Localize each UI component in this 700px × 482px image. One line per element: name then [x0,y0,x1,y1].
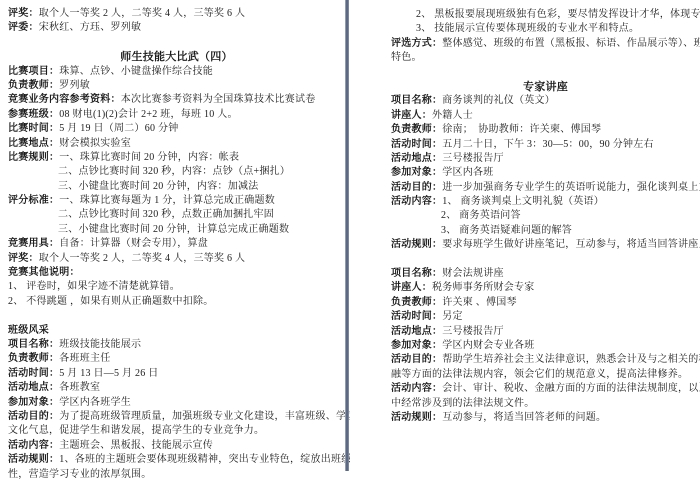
text-line: 活动目的：进一步加强商务专业学生的英语听说能力，强化谈判桌上文明礼仪。 [391,181,700,195]
field-label: 活动时间： [391,139,442,150]
text-line: 性，营造学习专业的浓厚氛围。 [8,468,345,472]
field-text: 2、 黑板报要展现班级独有色彩，要尽情发挥设计才华，体现专业特色。 [416,9,700,20]
field-text: 文化气息，促进学生和谐发展，提高学生的专业竞争力。 [8,425,264,436]
field-label: 活动内容： [391,383,442,394]
field-text: 一、珠算比赛每题为 1 分，计算总完成正确题数 [59,195,275,206]
field-label: 竞赛业务内容参考资料： [8,94,121,105]
field-label: 活动规则： [8,454,59,465]
field-label: 活动规则： [391,412,442,423]
text-line: 活动内容：1、 商务谈判桌上文明礼貌（英语） [391,195,700,209]
text-line: 中经常涉及到的法律法规文件。 [391,397,700,411]
text-line: 活动目的：为了提高班级管理质量，加强班级专业文化建设，丰富班级、学区的 [8,410,345,424]
field-label: 讲座人： [391,110,432,121]
text-line: 活动目的：帮助学生培养社会主义法律意识，熟悉会计及与之相关的税收、金 [391,353,700,367]
text-line: 参赛班级：08 财电(1)(2)会计 2+2 班，每班 10 人。 [8,108,345,122]
text-line: 活动内容：主题班会、黑板报、技能展示宣传 [8,439,345,453]
text-line: 三、小键盘比赛时间 20 分钟，内容：加减法 [8,180,345,194]
field-label: 活动时间： [391,311,442,322]
field-label: 活动地点： [391,153,442,164]
text-line: 项目名称：班级技能技能展示 [8,338,345,352]
field-text: 宋秋红、方珏、罗列敏 [39,22,142,33]
field-text: 财会模拟实验室 [59,138,131,149]
text-line: 文化气息，促进学生和谐发展，提高学生的专业竞争力。 [8,424,345,438]
text-line: 活动时间：另定 [391,310,700,324]
text-line: 参加对象：学区内财会专业各班 [391,339,700,353]
blank-line [391,253,700,267]
field-text: 主题班会、黑板报、技能展示宣传 [59,440,213,451]
page-divider [345,0,349,471]
field-label: 项目名称： [391,95,442,106]
field-text: 1、 评卷时，如果字迹不清楚就算错。 [8,281,180,292]
field-text: 中经常涉及到的法律法规文件。 [391,398,535,409]
field-text: 学区内各班学生 [59,397,131,408]
field-text: 三号楼报告厅 [442,326,504,337]
field-text: 互动参与，将适当回答老师的问题。 [442,412,606,423]
field-text: 会计、审计、税收、金融方面的方面的法律法规制度，以及会计工作 [442,383,700,394]
field-label: 竞赛用具： [8,238,59,249]
field-label: 项目名称： [391,268,442,279]
field-label: 比赛地点： [8,138,59,149]
field-text: 为了提高班级管理质量，加强班级专业文化建设，丰富班级、学区的 [59,411,367,422]
field-text: 学区内财会专业各班 [442,340,534,351]
text-line: 活动规则：要求每班学生做好讲座笔记，互动参与，将适当回答讲座人的问题。 [391,238,700,252]
text-line: 评分标准：一、珠算比赛每题为 1 分，计算总完成正确题数 [8,194,345,208]
text-line: 项目名称：商务谈判的礼仪（英文） [391,94,700,108]
text-line: 融等方面的法律法规内容，领会它们的规范意义，提高法律修养。 [391,368,700,382]
text-line: 讲座人：外籍人士 [391,109,700,123]
text-line: 活动地点：三号楼报告厅 [391,325,700,339]
field-text: 许关柬 、傅国琴 [442,297,517,308]
field-text: 五月二十日，下午 3：30—5：00，90 分钟左右 [442,139,654,150]
field-text: 2、 商务英语问答 [441,210,521,221]
field-label: 活动内容： [8,440,59,451]
text-line: 3、 商务英语疑难问题的解答 [391,224,700,238]
field-text: 1、 商务谈判桌上文明礼貌（英语） [442,196,604,207]
field-text: 学区内各班 [442,167,493,178]
field-label: 活动目的： [391,182,442,193]
text-line: 比赛项目：珠算、点钞、小键盘操作综合技能 [8,65,345,79]
field-label: 比赛时间： [8,123,59,134]
field-label: 竞赛其他说明： [8,267,80,278]
field-text: 二、点钞比赛时间 320 秒，点数正确加捆扎牢固 [58,209,274,220]
field-text: 财会法规讲座 [442,268,504,279]
field-label: 负责教师： [8,353,59,364]
field-text: 徐南； 协助教师：许关柬、傅国琴 [442,124,601,135]
field-text: 二、点钞比赛时间 320 秒，内容：点钞（点+捆扎） [58,166,290,177]
text-line: 竞赛用具：自备：计算器（财会专用），算盘 [8,237,345,251]
field-text: 三、小键盘比赛时间 20 分钟，内容：加减法 [58,181,259,192]
text-line: 评奖：取个人一等奖 2 人，二等奖 4 人，三等奖 6 人 [8,252,345,266]
text-line: 讲座人：税务师事务所财会专家 [391,281,700,295]
field-label: 活动目的： [8,411,59,422]
text-line: 班级风采 [8,324,345,338]
field-text: 班级技能技能展示 [59,339,141,350]
field-text: 5 月 19 日（周二）60 分钟 [59,123,178,134]
text-line: 2、 商务英语问答 [391,209,700,223]
field-text: 整体感觉、班级的布置（黑板报、标语、作品展示等）、班级创新和 [442,38,700,49]
field-text: 专家讲座 [523,81,568,93]
text-line: 评选方式：整体感觉、班级的布置（黑板报、标语、作品展示等）、班级创新和 [391,37,700,51]
text-line: 评奖：取个人一等奖 2 人，二等奖 4 人，三等奖 6 人 [8,7,345,21]
document-page-right: 2、 黑板报要展现班级独有色彩，要尽情发挥设计才华，体现专业特色。3、 技能展示… [350,0,700,471]
field-label: 活动时间： [8,368,59,379]
field-text: 珠算、点钞、小键盘操作综合技能 [59,66,213,77]
field-label: 参赛班级： [8,109,59,120]
field-label: 评奖： [8,253,39,264]
field-text: 三、小键盘比赛时间 20 分钟，计算总完成正确题数 [58,224,289,235]
field-label: 活动地点： [391,326,442,337]
field-text: 师生技能大比武（四） [120,51,233,63]
text-line: 参加对象：学区内各班学生 [8,396,345,410]
field-text: 取个人一等奖 2 人，二等奖 4 人，三等奖 6 人 [39,253,246,264]
text-line: 参加对象：学区内各班 [391,166,700,180]
field-label: 参加对象： [8,397,59,408]
field-text: 一、珠算比赛时间 20 分钟，内容：帐表 [59,152,239,163]
field-text: 进一步加强商务专业学生的英语听说能力，强化谈判桌上文明礼仪。 [442,182,700,193]
field-label: 比赛规则： [8,152,59,163]
text-line: 1、 评卷时，如果字迹不清楚就算错。 [8,280,345,294]
text-line: 专家讲座 [391,80,700,94]
field-text: 另定 [442,311,463,322]
text-line: 活动内容：会计、审计、税收、金融方面的方面的法律法规制度，以及会计工作 [391,382,700,396]
text-line: 二、点钞比赛时间 320 秒，点数正确加捆扎牢固 [8,208,345,222]
field-text: 融等方面的法律法规内容，领会它们的规范意义，提高法律修养。 [391,369,688,380]
text-line: 竞赛业务内容参考资料：本次比赛参考资料为全国珠算技术比赛试卷 [8,93,345,107]
field-text: 2、 不得跳题 ，如果有则从正确题数中扣除。 [8,296,214,307]
field-text: 罗列敏 [59,80,90,91]
text-line: 活动地点：三号楼报告厅 [391,152,700,166]
text-line: 负责教师：各班班主任 [8,352,345,366]
field-text: 税务师事务所财会专家 [432,282,535,293]
text-line: 三、小键盘比赛时间 20 分钟，计算总完成正确题数 [8,223,345,237]
field-label: 活动目的： [391,354,442,365]
field-text: 自备：计算器（财会专用），算盘 [59,238,208,249]
field-text: 1、各班的主题班会要体现班级精神，突出专业特色，绽放出班级个 [59,454,362,465]
field-label: 负责教师： [8,80,59,91]
field-text: 要求每班学生做好讲座笔记，互动参与，将适当回答讲座人的问题。 [442,239,700,250]
text-line: 活动规则：互动参与，将适当回答老师的问题。 [391,411,700,425]
field-label: 活动内容： [391,196,442,207]
field-text: 帮助学生培养社会主义法律意识，熟悉会计及与之相关的税收、金 [442,354,700,365]
blank-line [8,36,345,50]
field-label: 比赛项目： [8,66,59,77]
field-text: 商务谈判的礼仪（英文） [442,95,555,106]
blank-line [8,309,345,323]
text-line: 负责教师：徐南； 协助教师：许关柬、傅国琴 [391,123,700,137]
field-label: 负责教师： [391,124,442,135]
field-text: 各班教室 [59,382,100,393]
text-line: 特色。 [391,51,700,65]
field-text: 班级风采 [8,325,49,336]
text-line: 负责教师：许关柬 、傅国琴 [391,296,700,310]
field-text: 5 月 13 日—5 月 26 日 [59,368,158,379]
text-line: 比赛规则：一、珠算比赛时间 20 分钟，内容：帐表 [8,151,345,165]
text-line: 比赛时间：5 月 19 日（周二）60 分钟 [8,122,345,136]
field-label: 负责教师： [391,297,442,308]
text-line: 项目名称：财会法规讲座 [391,267,700,281]
field-label: 项目名称： [8,339,59,350]
blank-line [391,66,700,80]
text-line: 比赛地点：财会模拟实验室 [8,137,345,151]
field-label: 讲座人： [391,282,432,293]
field-text: 3、 商务英语疑难问题的解答 [441,225,572,236]
text-line: 活动地点：各班教室 [8,381,345,395]
field-text: 外籍人士 [432,110,473,121]
text-line: 活动时间：5 月 13 日—5 月 26 日 [8,367,345,381]
field-label: 参加对象： [391,340,442,351]
field-text: 08 财电(1)(2)会计 2+2 班，每班 10 人。 [59,109,237,120]
field-text: 特色。 [391,52,422,63]
text-line: 2、 黑板报要展现班级独有色彩，要尽情发挥设计才华，体现专业特色。 [391,8,700,22]
field-text: 本次比赛参考资料为全国珠算技术比赛试卷 [121,94,316,105]
document-page-left: 评奖：取个人一等奖 2 人，二等奖 4 人，三等奖 6 人评委：宋秋红、方珏、罗… [0,0,345,471]
field-label: 评奖： [8,8,39,19]
text-line: 2、 不得跳题 ，如果有则从正确题数中扣除。 [8,295,345,309]
field-label: 活动规则： [391,239,442,250]
text-line: 负责教师：罗列敏 [8,79,345,93]
field-label: 参加对象： [391,167,442,178]
text-line: 二、点钞比赛时间 320 秒，内容：点钞（点+捆扎） [8,165,345,179]
field-text: 各班班主任 [59,353,110,364]
text-line: 评委：宋秋红、方珏、罗列敏 [8,21,345,35]
text-line: 师生技能大比武（四） [8,50,345,64]
text-line: 3、 技能展示宣传要体现班级的专业水平和特点。 [391,22,700,36]
field-label: 活动地点： [8,382,59,393]
field-label: 评委： [8,22,39,33]
field-label: 评选方式： [391,38,442,49]
field-text: 取个人一等奖 2 人，二等奖 4 人，三等奖 6 人 [39,8,246,19]
text-line: 竞赛其他说明： [8,266,345,280]
text-line: 活动时间：五月二十日，下午 3：30—5：00，90 分钟左右 [391,138,700,152]
field-text: 3、 技能展示宣传要体现班级的专业水平和特点。 [416,23,639,34]
field-label: 评分标准： [8,195,59,206]
field-text: 三号楼报告厅 [442,153,504,164]
text-line: 活动规则：1、各班的主题班会要体现班级精神，突出专业特色，绽放出班级个 [8,453,345,467]
